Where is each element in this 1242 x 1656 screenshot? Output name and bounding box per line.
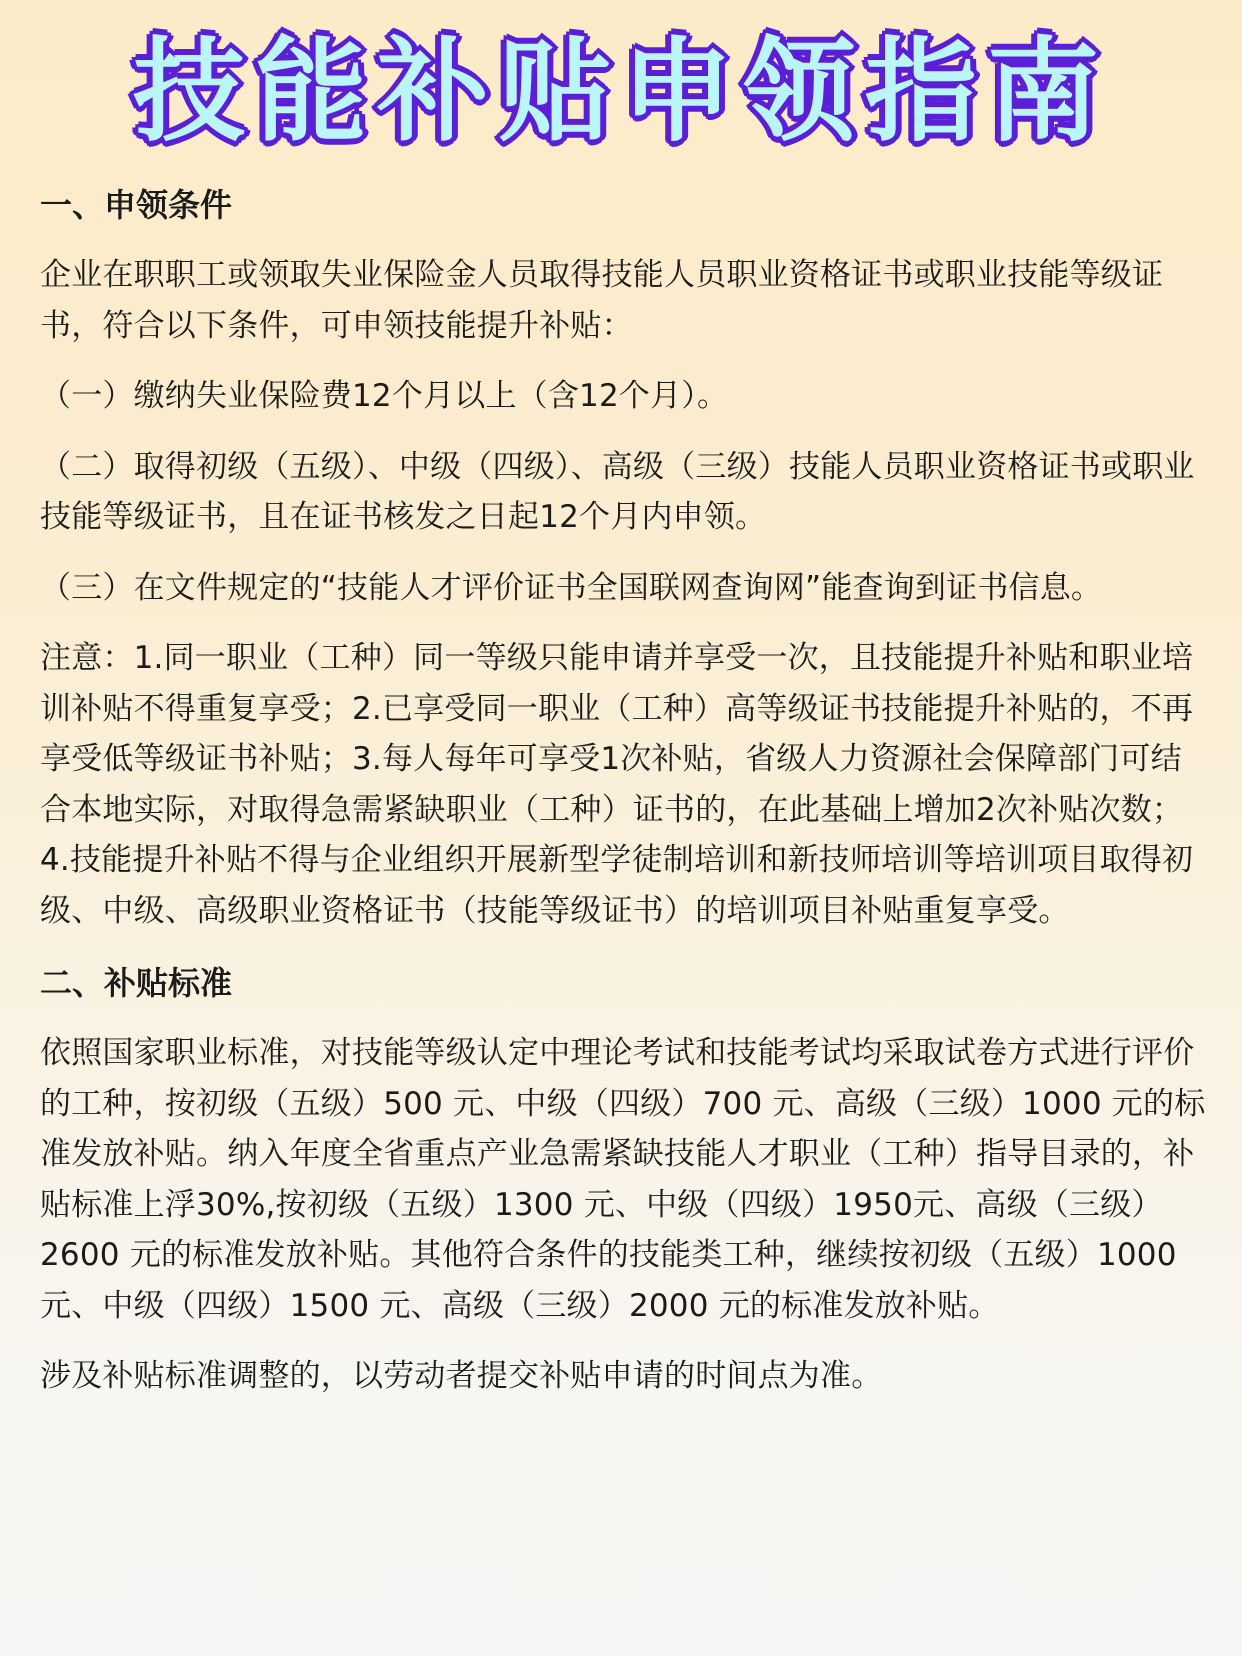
subsidy-adjustment-note: 涉及补贴标准调整的，以劳动者提交补贴申请的时间点为准。 [40, 1351, 1210, 1402]
condition-2: （二）取得初级（五级）、中级（四级）、高级（三级）技能人员职业资格证书或职业技能… [40, 442, 1210, 543]
section-eligibility: 一、申领条件 企业在职职工或领取失业保险金人员取得技能人员职业资格证书或职业技能… [40, 180, 1210, 936]
condition-3: （三）在文件规定的“技能人才评价证书全国联网查询网”能查询到证书信息。 [40, 563, 1210, 614]
section-heading-subsidy-standard: 二、补贴标准 [40, 958, 1210, 1008]
eligibility-intro: 企业在职职工或领取失业保险金人员取得技能人员职业资格证书或职业技能等级证书，符合… [40, 250, 1210, 351]
eligibility-notes: 注意：1.同一职业（工种）同一等级只能申请并享受一次，且技能提升补贴和职业培训补… [40, 633, 1210, 936]
title-banner: 技能补贴申领指南 [0, 22, 1242, 162]
document-body: 一、申领条件 企业在职职工或领取失业保险金人员取得技能人员职业资格证书或职业技能… [40, 180, 1210, 1402]
page-title: 技能补贴申领指南 [133, 36, 1109, 148]
section-subsidy-standard: 二、补贴标准 依照国家职业标准，对技能等级认定中理论考试和技能考试均采取试卷方式… [40, 958, 1210, 1402]
subsidy-standard-text: 依照国家职业标准，对技能等级认定中理论考试和技能考试均采取试卷方式进行评价的工种… [40, 1028, 1210, 1331]
condition-1: （一）缴纳失业保险费12个月以上（含12个月）。 [40, 371, 1210, 422]
section-heading-eligibility: 一、申领条件 [40, 180, 1210, 230]
